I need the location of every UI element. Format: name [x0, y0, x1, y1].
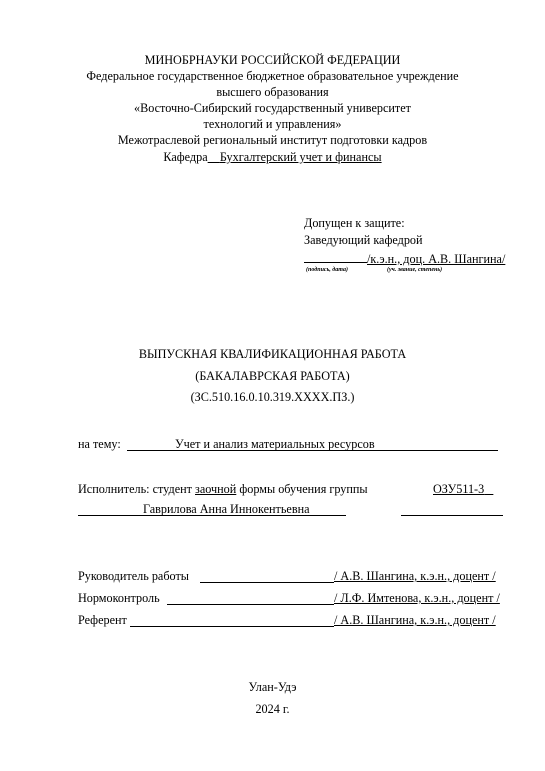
signature-line-supervisor	[200, 570, 334, 583]
city: Улан-Удэ	[0, 681, 545, 693]
department: Кафедра Бухгалтерский учет и финансы	[0, 151, 545, 163]
institution-line-1: Федеральное государственное бюджетное об…	[0, 70, 545, 82]
signature-line-normcontrol	[167, 592, 334, 605]
signature-row-supervisor: Руководитель работы	[78, 570, 189, 582]
topic-line: Учет и анализ материальных ресурсов	[127, 438, 498, 451]
institute: Межотраслевой региональный институт подг…	[0, 134, 545, 146]
signature-role: Руководитель работы	[78, 569, 189, 583]
executor-line: Исполнитель: студент заочной формы обуче…	[78, 483, 368, 495]
executor-group: ОЗУ511-3	[433, 483, 493, 495]
caption-signature: (подпись, дата)	[306, 267, 348, 273]
university-line-2: технологий и управления»	[0, 118, 545, 130]
approval-signatory: /к.э.н., доц. А.В. Шангина/	[367, 252, 505, 266]
department-label: Кафедра	[163, 150, 207, 164]
signature-person-referent: / А.В. Шангина, к.э.н., доцент /	[334, 614, 496, 626]
ministry: МИНОБРНАУКИ РОССИЙСКОЙ ФЕДЕРАЦИИ	[0, 54, 545, 66]
approval-line-2: Заведующий кафедрой	[304, 234, 423, 246]
approval-line-1: Допущен к защите:	[304, 217, 405, 229]
signature-role: Референт	[78, 613, 127, 627]
executor-suffix: формы обучения группы	[239, 482, 367, 496]
signature-line	[304, 251, 367, 263]
topic-label: на тему:	[78, 438, 121, 450]
executor-name-line: Гаврилова Анна Иннокентьевна	[78, 503, 346, 516]
approval-signature: /к.э.н., доц. А.В. Шангина/	[304, 251, 505, 265]
executor-signature-line	[401, 503, 503, 516]
year: 2024 г.	[0, 703, 545, 715]
university-line-1: «Восточно-Сибирский государственный унив…	[0, 102, 545, 114]
signature-line-referent	[130, 614, 334, 627]
executor-form: заочной	[195, 482, 236, 496]
signature-row-referent: Референт	[78, 614, 127, 626]
work-subtitle: (БАКАЛАВРСКАЯ РАБОТА)	[0, 370, 545, 382]
executor-name: Гаврилова Анна Иннокентьевна	[143, 503, 310, 515]
department-value: Бухгалтерский учет и финансы	[208, 150, 382, 164]
signature-person-normcontrol: / Л.Ф. Имтенова, к.э.н., доцент /	[334, 592, 500, 604]
executor-prefix: Исполнитель: студент	[78, 482, 192, 496]
signature-row-normcontrol: Нормоконтроль	[78, 592, 160, 604]
topic-value: Учет и анализ материальных ресурсов	[175, 438, 375, 450]
caption-title: (уч. звание, степень)	[387, 267, 442, 273]
work-code: (ЗС.510.16.0.10.319.ХХХХ.ПЗ.)	[0, 391, 545, 403]
institution-line-2: высшего образования	[0, 86, 545, 98]
work-title: ВЫПУСКНАЯ КВАЛИФИКАЦИОННАЯ РАБОТА	[0, 348, 545, 360]
signature-role: Нормоконтроль	[78, 591, 160, 605]
signature-person-supervisor: / А.В. Шангина, к.э.н., доцент /	[334, 570, 496, 582]
